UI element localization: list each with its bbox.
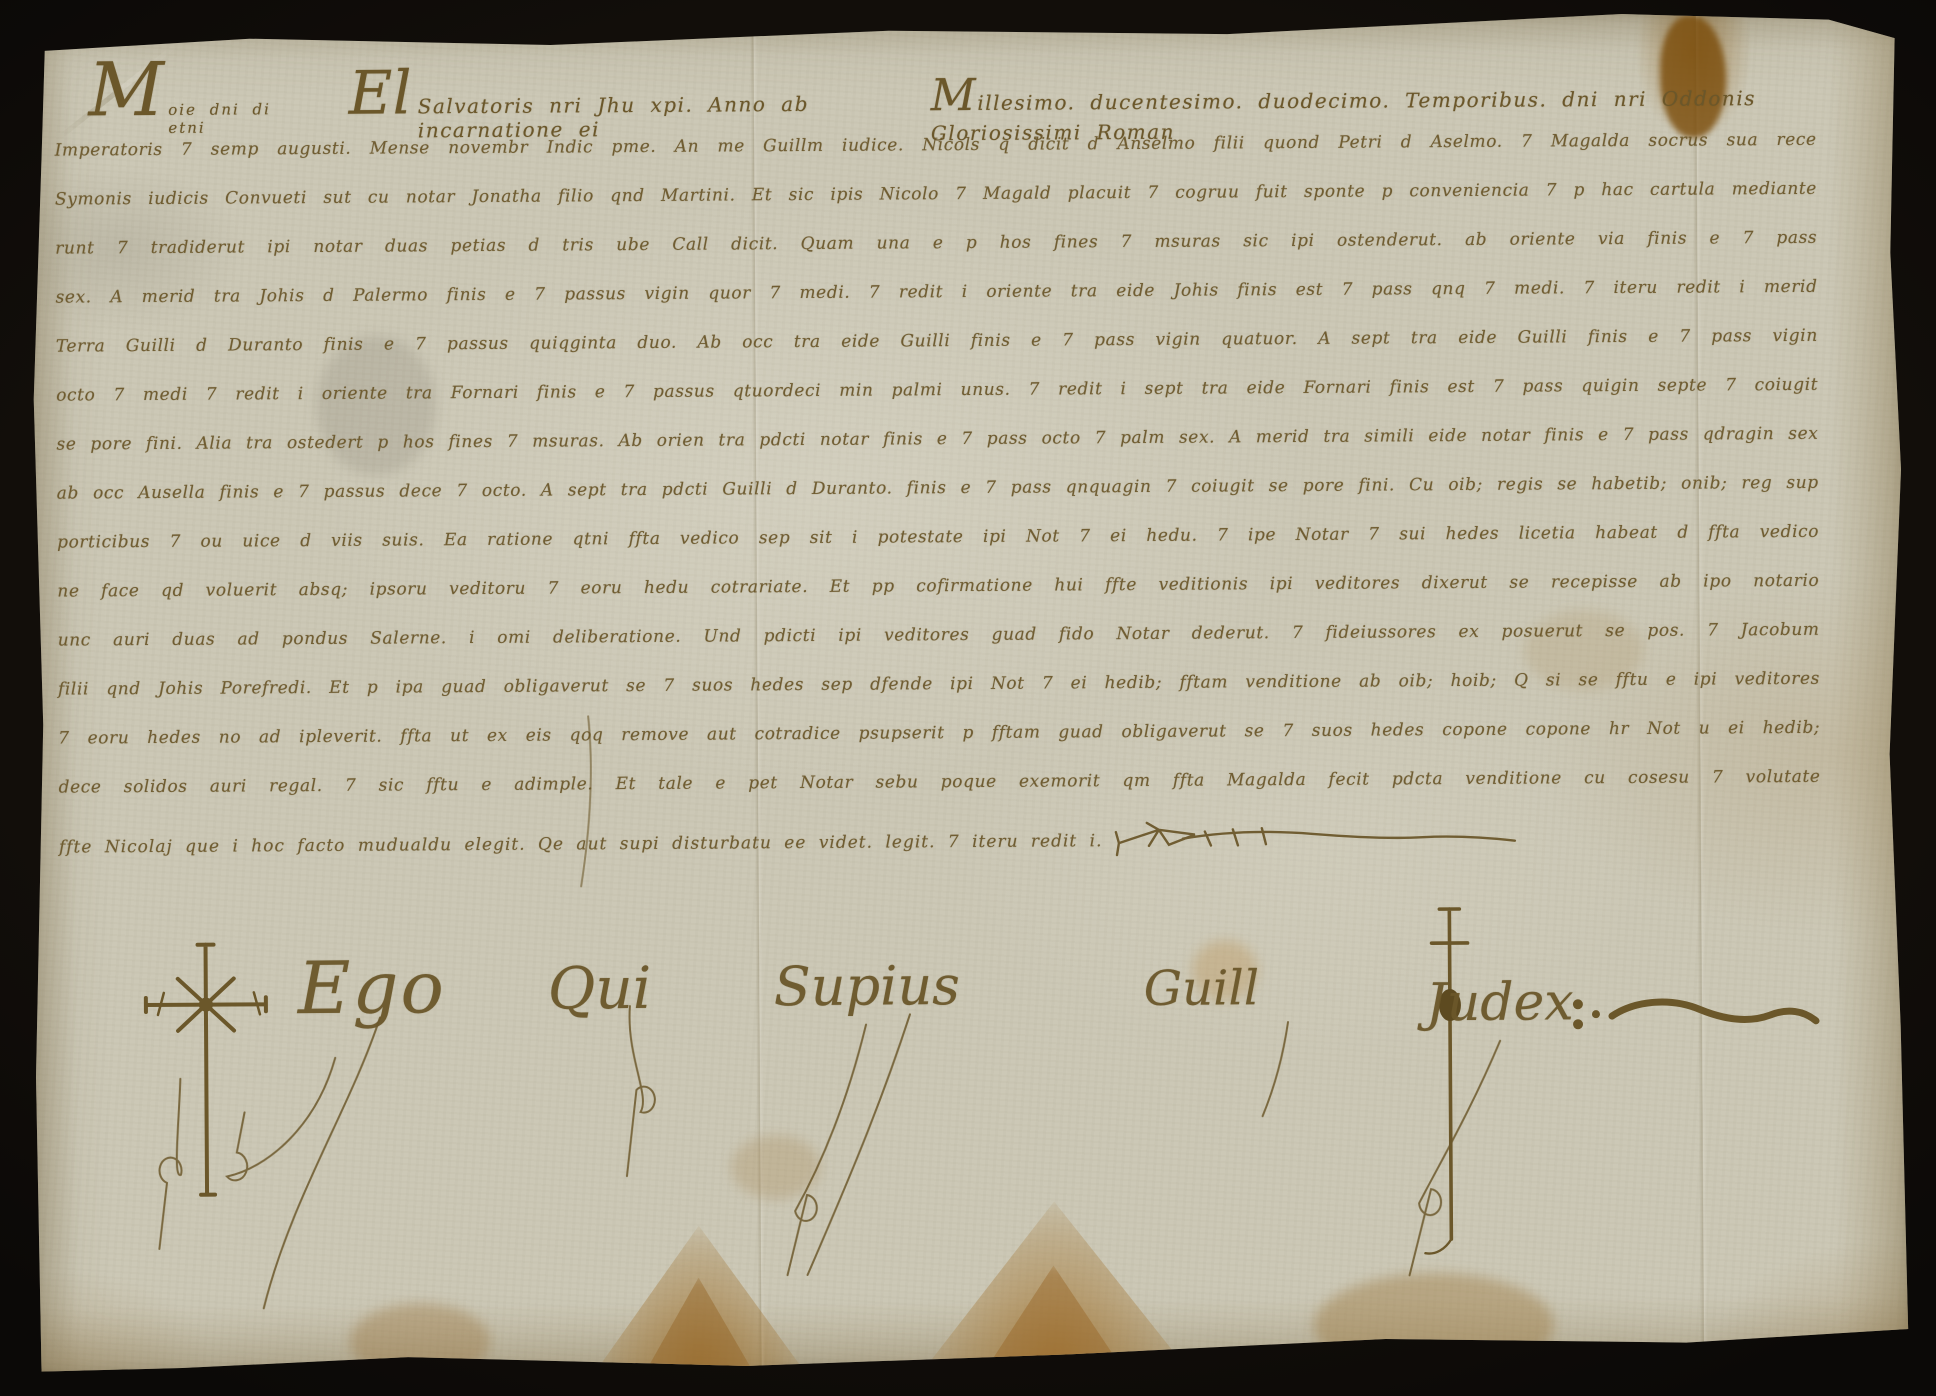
manuscript-line: Symonis iudicis Convueti sut cu notar Jo…: [55, 178, 1817, 215]
manuscript-line: ab occ Ausella finis e 7 passus dece 7 o…: [57, 472, 1819, 509]
parchment: M oie dni di etni El Salvatoris nri Jhu …: [24, 8, 1912, 1375]
manuscript-line: dece solidos auri regal. 7 sic fftu e ad…: [58, 766, 1820, 803]
manuscript-line: 7 eoru hedes no ad ipleverit. ffta ut ex…: [58, 717, 1820, 754]
closing-text: ffte Nicolaj que i hoc facto mudualdu el…: [59, 830, 1103, 858]
manuscript-line: octo 7 medi 7 redit i oriente tra Fornar…: [56, 374, 1818, 411]
manuscript-line: ne face qd voluerit absq; ipsoru veditor…: [57, 570, 1819, 607]
signature-word-judex: Judex: [1426, 972, 1574, 1033]
notary-pennant-flourish-icon: [1112, 817, 1522, 864]
decorated-initial-m: M: [88, 53, 162, 127]
photo-background: M oie dni di etni El Salvatoris nri Jhu …: [0, 0, 1936, 1396]
closing-line: ffte Nicolaj que i hoc facto mudualdu el…: [59, 817, 1523, 870]
manuscript-line: sex. A merid tra Johis d Palermo finis e…: [56, 276, 1818, 313]
decorated-initial-e: El: [348, 63, 411, 123]
signature-word-supius: Supius: [774, 954, 960, 1018]
signature-word-guill: Guill: [1144, 960, 1260, 1017]
manuscript-line: runt 7 tradiderut ipi notar duas petias …: [55, 227, 1817, 264]
manuscript-line: porticibus 7 ou uice d viis suis. Ea rat…: [57, 521, 1819, 558]
manuscript-line: Terra Guilli d Duranto finis e 7 passus …: [56, 325, 1818, 362]
manuscript-line: unc auri duas ad pondus Salerne. i omi d…: [58, 619, 1820, 656]
manuscript-line: se pore fini. Alia tra ostedert p hos fi…: [56, 423, 1818, 460]
signature-word-ego: Ego: [298, 945, 447, 1030]
manuscript-line: filii qnd Johis Porefredi. Et p ipa guad…: [58, 668, 1820, 705]
signature-word-qui: Qui: [548, 954, 652, 1023]
charter-text: M oie dni di etni El Salvatoris nri Jhu …: [24, 8, 1912, 1375]
invocation-abbreviation: oie dni di etni: [168, 100, 295, 137]
